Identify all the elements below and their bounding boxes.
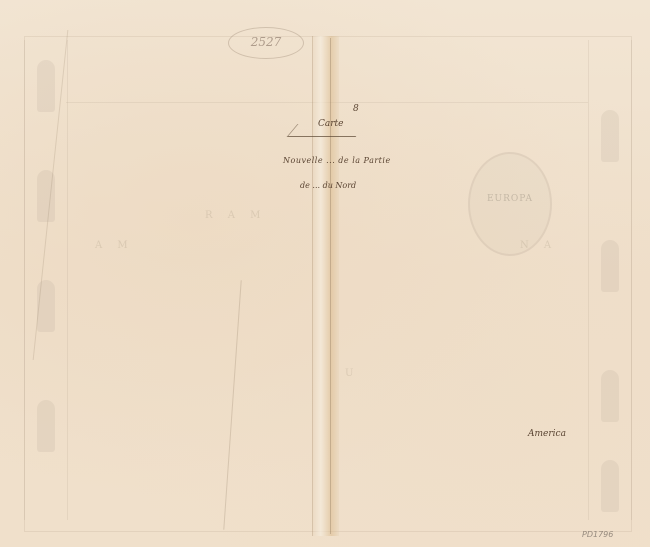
- costume-figure-icon: [601, 240, 619, 292]
- center-fold-repair: [312, 36, 339, 536]
- handwritten-note-line: de ... du Nord: [300, 181, 356, 190]
- costume-figure-icon: [601, 110, 619, 162]
- show-through-letters: N A: [520, 240, 557, 251]
- show-through-letters: R A M: [205, 210, 266, 221]
- costume-figure-icon: [37, 400, 55, 452]
- handwritten-note-line: Nouvelle ... de la Partie: [283, 156, 391, 165]
- show-through-letters: U: [345, 368, 359, 379]
- costume-figure-icon: [601, 370, 619, 422]
- inventory-stamp: 2527: [228, 27, 304, 59]
- handwritten-title: Carte: [318, 119, 344, 129]
- center-fold-line: [330, 38, 331, 534]
- catalog-number: PD1796: [582, 530, 613, 539]
- map-sheet-verso: EUROPA R A M A M N A U 2527 8 Carte Nouv…: [0, 0, 650, 547]
- handwritten-mark: 8: [353, 104, 359, 114]
- costume-figure-icon: [601, 460, 619, 512]
- show-through-right-figure-panel: [588, 40, 632, 520]
- cartouche-text: EUROPA: [470, 194, 550, 204]
- handwritten-america: America: [528, 429, 566, 439]
- show-through-letters: A M: [95, 240, 134, 251]
